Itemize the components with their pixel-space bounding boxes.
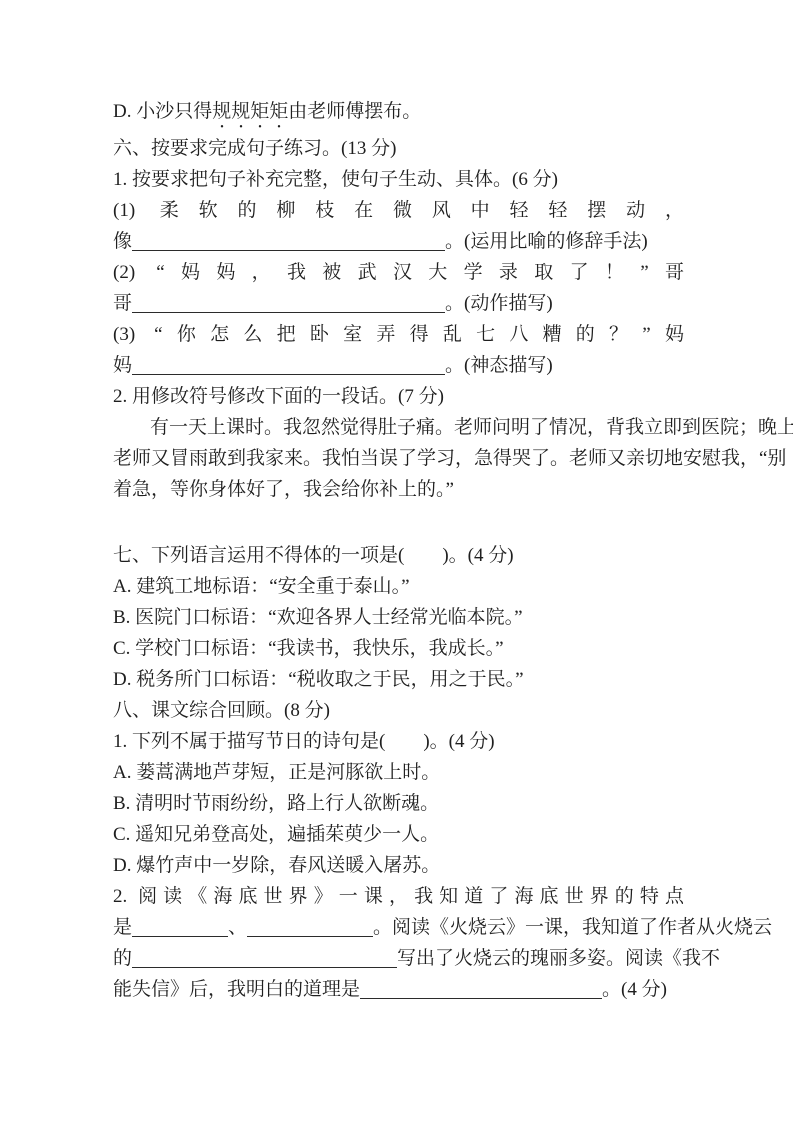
text-segment: A. 建筑工地标语：“安全重于泰山。” — [113, 576, 410, 597]
answer-blank — [132, 231, 445, 251]
text-segment: 像 — [113, 231, 132, 252]
q6-1-instruction: 1. 按要求把句子补充完整，使句子生动、具体。(6 分) — [113, 164, 684, 195]
q7-option-d: D. 税务所门口标语：“税收取之于民，用之于民。” — [113, 664, 684, 695]
text-segment: A. 蒌蒿满地芦芽短，正是河豚欲上时。 — [113, 762, 440, 783]
q6-2-passage-line-3: 着急，等你身体好了，我会给你补上的。” — [113, 474, 684, 505]
answer-blank — [132, 917, 228, 937]
q6-1-2-answer-line: 哥。(动作描写) — [113, 288, 684, 319]
text-segment: 。阅读《火烧云》一课，我知道了作者从火烧云 — [373, 917, 772, 938]
text-segment: B. 医院门口标语：“欢迎各界人士经常光临本院。” — [113, 607, 523, 628]
section-eight-header: 八、课文综合回顾。(8 分) — [113, 695, 684, 726]
text-segment: 。(运用比喻的修辞手法) — [445, 231, 648, 252]
text-segment: 哥 — [113, 293, 132, 314]
q8-2-stem: 2. 阅读《海底世界》一课，我知道了海底世界的特点 — [113, 881, 684, 912]
option-d-xiaosha: D. 小沙只得规规矩矩由老师傅摆布。 — [113, 96, 684, 133]
text-segment: D. 小沙只得 — [113, 101, 212, 122]
text-segment: 1. 按要求把句子补充完整，使句子生动、具体。(6 分) — [113, 169, 558, 190]
text-segment: (3) “你怎么把卧室弄得乱七八糟的？”妈 — [113, 324, 684, 345]
text-segment: B. 清明时节雨纷纷，路上行人欲断魂。 — [113, 793, 439, 814]
text-segment: D. 爆竹声中一岁除，春风送暖入屠苏。 — [113, 855, 440, 876]
answer-blank — [132, 948, 397, 968]
text-segment: 六、按要求完成句子练习。(13 分) — [113, 138, 396, 159]
q7-option-c: C. 学校门口标语：“我读书，我快乐，我成长。” — [113, 633, 684, 664]
q6-2-passage-line-2: 老师又冒雨敢到我家来。我怕当误了学习，急得哭了。老师又亲切地安慰我，“别 — [113, 443, 684, 474]
text-segment: 由老师傅摆布。 — [288, 101, 421, 122]
q6-2-passage-line-1: 有一天上课时。我忽然觉得肚子痛。老师问明了情况，背我立即到医院；晚上， — [113, 412, 684, 443]
text-segment: 。(神态描写) — [445, 355, 553, 376]
text-segment: 着急，等你身体好了，我会给你补上的。” — [113, 479, 454, 500]
text-segment: 老师又冒雨敢到我家来。我怕当误了学习，急得哭了。老师又亲切地安慰我，“别 — [113, 448, 786, 469]
q6-1-1-stem: (1) 柔软的柳枝在微风中轻轻摆动， — [113, 195, 684, 226]
text-segment: 妈 — [113, 355, 132, 376]
q8-2-answer-line-2: 的写出了火烧云的瑰丽多姿。阅读《我不 — [113, 943, 684, 974]
text-segment: 写出了火烧云的瑰丽多姿。阅读《我不 — [397, 948, 720, 969]
q6-1-3-stem: (3) “你怎么把卧室弄得乱七八糟的？”妈 — [113, 319, 684, 350]
text-segment: 。(4 分) — [602, 979, 667, 1000]
q7-option-b: B. 医院门口标语：“欢迎各界人士经常光临本院。” — [113, 602, 684, 633]
text-segment: (2) “妈妈，我被武汉大学录取了！”哥 — [113, 262, 684, 283]
text-segment: 。(动作描写) — [445, 293, 553, 314]
q8-1-stem: 1. 下列不属于描写节日的诗句是( )。(4 分) — [113, 726, 684, 757]
text-segment: 的 — [113, 948, 132, 969]
answer-blank — [132, 293, 445, 313]
text-segment: 2. 阅读《海底世界》一课，我知道了海底世界的特点 — [113, 886, 684, 907]
text-segment: D. 税务所门口标语：“税收取之于民，用之于民。” — [113, 669, 524, 690]
text-segment: C. 遥知兄弟登高处，遍插茱萸少一人。 — [113, 824, 439, 845]
emphasized-text: 规规矩矩 — [212, 101, 288, 122]
q8-1-option-a: A. 蒌蒿满地芦芽短，正是河豚欲上时。 — [113, 757, 684, 788]
text-segment: (1) 柔软的柳枝在微风中轻轻摆动， — [113, 200, 684, 221]
blank-line — [113, 505, 684, 540]
section-seven-header: 七、下列语言运用不得体的一项是( )。(4 分) — [113, 540, 684, 571]
answer-blank — [132, 355, 445, 375]
text-segment: 七、下列语言运用不得体的一项是( )。(4 分) — [113, 545, 514, 566]
text-segment: 有一天上课时。我忽然觉得肚子痛。老师问明了情况，背我立即到医院；晚上， — [150, 417, 793, 438]
q8-1-option-b: B. 清明时节雨纷纷，路上行人欲断魂。 — [113, 788, 684, 819]
q8-2-answer-line-1: 是、。阅读《火烧云》一课，我知道了作者从火烧云 — [113, 912, 684, 943]
section-six-header: 六、按要求完成句子练习。(13 分) — [113, 133, 684, 164]
answer-blank — [247, 917, 373, 937]
text-segment: 能失信》后，我明白的道理是 — [113, 979, 360, 1000]
q6-1-3-answer-line: 妈。(神态描写) — [113, 350, 684, 381]
text-segment: 2. 用修改符号修改下面的一段话。(7 分) — [113, 386, 444, 407]
q6-1-2-stem: (2) “妈妈，我被武汉大学录取了！”哥 — [113, 257, 684, 288]
document-content: D. 小沙只得规规矩矩由老师傅摆布。六、按要求完成句子练习。(13 分)1. 按… — [113, 96, 684, 1005]
text-segment: C. 学校门口标语：“我读书，我快乐，我成长。” — [113, 638, 504, 659]
q8-2-answer-line-3: 能失信》后，我明白的道理是。(4 分) — [113, 974, 684, 1005]
answer-blank — [360, 979, 602, 999]
text-segment: 是 — [113, 917, 132, 938]
q8-1-option-c: C. 遥知兄弟登高处，遍插茱萸少一人。 — [113, 819, 684, 850]
text-segment: 八、课文综合回顾。(8 分) — [113, 700, 330, 721]
exam-paper-page: D. 小沙只得规规矩矩由老师傅摆布。六、按要求完成句子练习。(13 分)1. 按… — [0, 0, 793, 1122]
q6-1-1-answer-line: 像。(运用比喻的修辞手法) — [113, 226, 684, 257]
q8-1-option-d: D. 爆竹声中一岁除，春风送暖入屠苏。 — [113, 850, 684, 881]
q7-option-a: A. 建筑工地标语：“安全重于泰山。” — [113, 571, 684, 602]
text-segment: 、 — [228, 917, 247, 938]
q6-2-instruction: 2. 用修改符号修改下面的一段话。(7 分) — [113, 381, 684, 412]
text-segment: 1. 下列不属于描写节日的诗句是( )。(4 分) — [113, 731, 495, 752]
